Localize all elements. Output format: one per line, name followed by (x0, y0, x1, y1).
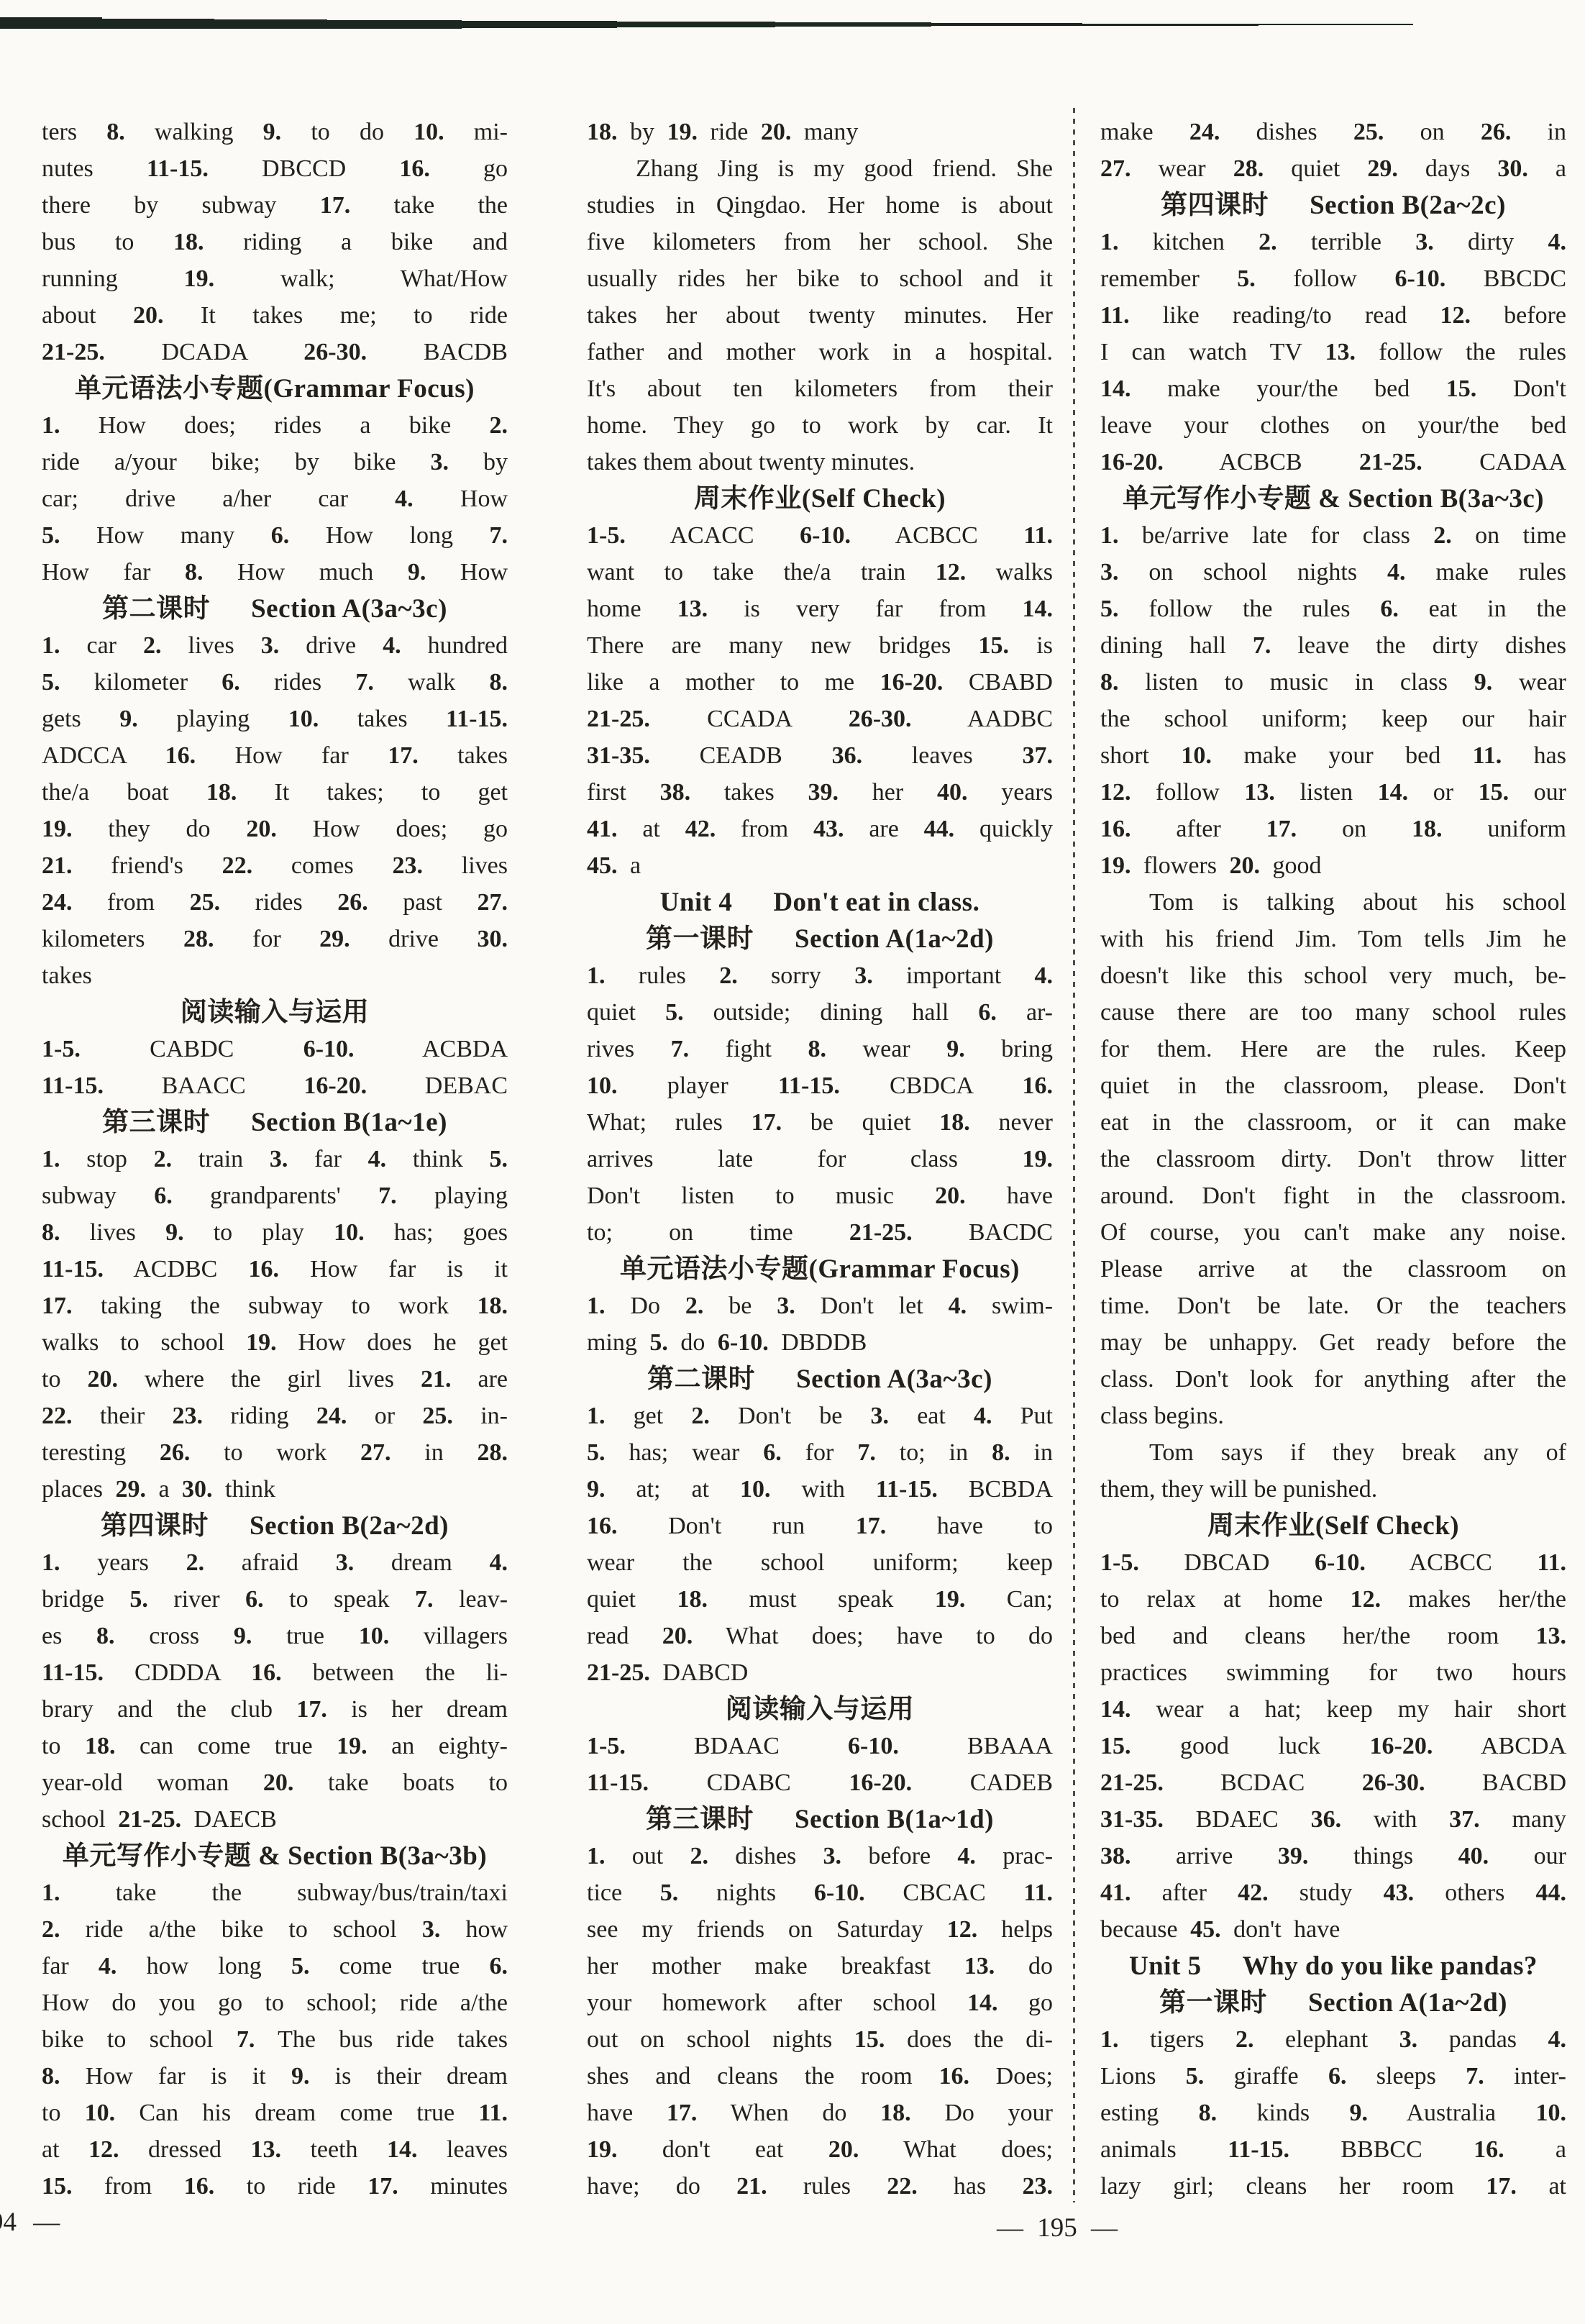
text-line: cause there are too many school rules (1100, 994, 1566, 1031)
text-line: 17. taking the subway to work 18. (42, 1288, 508, 1324)
text-line: out on school nights 15. does the di- (587, 2021, 1053, 2058)
page-number-left: 94 — (0, 2207, 60, 2238)
text-line: Of course, you can't make any noise. (1100, 1214, 1566, 1251)
scan-bar-segment (327, 20, 462, 29)
text-line: 19. flowers 20. good (1100, 847, 1566, 884)
text-line: Don't listen to music 20. have (587, 1177, 1053, 1214)
scan-bar-segment (617, 22, 775, 27)
section-heading: 第二课时 Section A(3a~3c) (587, 1361, 1053, 1398)
section-heading: 阅读输入与运用 (42, 994, 508, 1031)
text-line: wear the school uniform; keep (587, 1544, 1053, 1581)
text-line: 8. listen to music in class 9. wear (1100, 664, 1566, 701)
text-line: What; rules 17. be quiet 18. never (587, 1104, 1053, 1141)
text-line: there by subway 17. take the (42, 187, 508, 224)
section-heading: 第一课时 Section A(1a~2d) (1100, 1984, 1566, 2021)
text-line: around. Don't fight in the classroom. (1100, 1177, 1566, 1214)
text-line: Tom is talking about his school (1100, 884, 1566, 921)
text-line: far 4. how long 5. come true 6. (42, 1948, 508, 1984)
section-heading: 阅读输入与运用 (587, 1691, 1053, 1728)
answer-column-left: ters 8. walking 9. to do 10. mi-nutes 11… (42, 114, 508, 2205)
text-line: like a mother to me 16-20. CBABD (587, 664, 1053, 701)
text-line: 5. follow the rules 6. eat in the (1100, 591, 1566, 627)
text-line: takes (42, 957, 508, 994)
text-line: with his friend Jim. Tom tells Jim he (1100, 921, 1566, 957)
text-line: 16. after 17. on 18. uniform (1100, 811, 1566, 847)
text-line: may be unhappy. Get ready before the (1100, 1324, 1566, 1361)
section-heading: 第三课时 Section B(1a~1d) (587, 1801, 1053, 1838)
text-line: 2. ride a/the bike to school 3. how (42, 1911, 508, 1948)
text-line: takes them about twenty minutes. (587, 444, 1053, 480)
text-line: 5. How many 6. How long 7. (42, 517, 508, 554)
text-line: 1. tigers 2. elephant 3. pandas 4. (1100, 2021, 1566, 2058)
text-line: arrives late for class 19. (587, 1141, 1053, 1177)
text-line: your homework after school 14. go (587, 1984, 1053, 2021)
section-heading: 单元写作小专题 & Section B(3a~3b) (42, 1838, 508, 1874)
text-line: quiet 18. must speak 19. Can; (587, 1581, 1053, 1618)
text-line: 14. make your/the bed 15. Don't (1100, 370, 1566, 407)
scan-bar-segment (214, 19, 327, 29)
text-line: running 19. walk; What/How (42, 260, 508, 297)
text-line: 21-25. DCADA 26-30. BACDB (42, 334, 508, 370)
text-line: to; on time 21-25. BACDC (587, 1214, 1053, 1251)
text-line: 16. Don't run 17. have to (587, 1508, 1053, 1544)
text-line: bridge 5. river 6. to speak 7. leav- (42, 1581, 508, 1618)
text-line: home. They go to work by car. It (587, 407, 1053, 444)
text-line: year-old woman 20. take boats to (42, 1764, 508, 1801)
text-line: have; do 21. rules 22. has 23. (587, 2168, 1053, 2205)
scan-bar-segment (1259, 24, 1413, 25)
section-heading: 周末作业(Self Check) (587, 480, 1053, 517)
text-line: teresting 26. to work 27. in 28. (42, 1434, 508, 1471)
text-line: her mother make breakfast 13. do (587, 1948, 1053, 1984)
text-line: Zhang Jing is my good friend. She (587, 150, 1053, 187)
section-heading: 单元语法小专题(Grammar Focus) (42, 370, 508, 407)
text-line: walks to school 19. How does he get (42, 1324, 508, 1361)
text-line: leave your clothes on your/the bed (1100, 407, 1566, 444)
text-line: 1-5. BDAAC 6-10. BBAAA (587, 1728, 1053, 1764)
text-line: 1-5. ACACC 6-10. ACBCC 11. (587, 517, 1053, 554)
text-line: ride a/your bike; by bike 3. by (42, 444, 508, 480)
text-line: at 12. dressed 13. teeth 14. leaves (42, 2131, 508, 2168)
scan-bar-segment (462, 21, 617, 28)
text-line: the/a boat 18. It takes; to get (42, 774, 508, 811)
text-line: 1. stop 2. train 3. far 4. think 5. (42, 1141, 508, 1177)
section-heading: 第二课时 Section A(3a~3c) (42, 591, 508, 627)
text-line: have 17. When do 18. Do your (587, 2095, 1053, 2131)
scan-bar-segment (931, 23, 1082, 26)
text-line: to 20. where the girl lives 21. are (42, 1361, 508, 1398)
text-line: ADCCA 16. How far 17. takes (42, 737, 508, 774)
text-line: 1. out 2. dishes 3. before 4. prac- (587, 1838, 1053, 1874)
section-heading: 第三课时 Section B(1a~1e) (42, 1104, 508, 1141)
text-line: bike to school 7. The bus ride takes (42, 2021, 508, 2058)
text-line: tice 5. nights 6-10. CBCAC 11. (587, 1874, 1053, 1911)
text-line: 1. How does; rides a bike 2. (42, 407, 508, 444)
text-line: 1. take the subway/bus/train/taxi (42, 1874, 508, 1911)
text-line: kilometers 28. for 29. drive 30. (42, 921, 508, 957)
answer-column-middle: 18. by 19. ride 20. manyZhang Jing is my… (587, 114, 1053, 2205)
text-line: How do you go to school; ride a/the (42, 1984, 508, 2021)
text-line: father and mother work in a hospital. (587, 334, 1053, 370)
text-line: 5. kilometer 6. rides 7. walk 8. (42, 664, 508, 701)
text-line: takes her about twenty minutes. Her (587, 297, 1053, 334)
text-line: quiet 5. outside; dining hall 6. ar- (587, 994, 1053, 1031)
text-line: 15. from 16. to ride 17. minutes (42, 2168, 508, 2205)
text-line: about 20. It takes me; to ride (42, 297, 508, 334)
text-line: 11-15. BAACC 16-20. DEBAC (42, 1067, 508, 1104)
text-line: 22. their 23. riding 24. or 25. in- (42, 1398, 508, 1434)
text-line: es 8. cross 9. true 10. villagers (42, 1618, 508, 1654)
text-line: school 21-25. DAECB (42, 1801, 508, 1838)
text-line: How far 8. How much 9. How (42, 554, 508, 591)
text-line: practices swimming for two hours (1100, 1654, 1566, 1691)
text-line: 8. How far is it 9. is their dream (42, 2058, 508, 2095)
text-line: Tom says if they break any of (1100, 1434, 1566, 1471)
text-line: 15. good luck 16-20. ABCDA (1100, 1728, 1566, 1764)
text-line: five kilometers from her school. She (587, 224, 1053, 260)
text-line: animals 11-15. BBBCC 16. a (1100, 2131, 1566, 2168)
text-line: places 29. a 30. think (42, 1471, 508, 1508)
text-line: I can watch TV 13. follow the rules (1100, 334, 1566, 370)
text-line: because 45. don't have (1100, 1911, 1566, 1948)
text-line: 18. by 19. ride 20. many (587, 114, 1053, 150)
scan-bar-segment (775, 22, 931, 27)
text-line: doesn't like this school very much, be- (1100, 957, 1566, 994)
text-line: 31-35. BDAEC 36. with 37. many (1100, 1801, 1566, 1838)
text-line: lazy girl; cleans her room 17. at (1100, 2168, 1566, 2205)
scan-bar-segment (1082, 24, 1259, 26)
section-heading: Unit 5 Why do you like pandas? (1100, 1948, 1566, 1984)
text-line: 21. friend's 22. comes 23. lives (42, 847, 508, 884)
text-line: the classroom dirty. Don't throw litter (1100, 1141, 1566, 1177)
text-line: studies in Qingdao. Her home is about (587, 187, 1053, 224)
text-line: 1-5. CABDC 6-10. ACBDA (42, 1031, 508, 1067)
text-line: 11-15. CDDDA 16. between the li- (42, 1654, 508, 1691)
text-line: 31-35. CEADB 36. leaves 37. (587, 737, 1053, 774)
text-line: subway 6. grandparents' 7. playing (42, 1177, 508, 1214)
section-heading: Unit 4 Don't eat in class. (587, 884, 1053, 921)
text-line: 1. car 2. lives 3. drive 4. hundred (42, 627, 508, 664)
text-line: class. Don't look for anything after the (1100, 1361, 1566, 1398)
text-line: 1. years 2. afraid 3. dream 4. (42, 1544, 508, 1581)
text-line: dining hall 7. leave the dirty dishes (1100, 627, 1566, 664)
text-line: 1. be/arrive late for class 2. on time (1100, 517, 1566, 554)
text-line: 5. has; wear 6. for 7. to; in 8. in (587, 1434, 1053, 1471)
text-line: 11-15. ACDBC 16. How far is it (42, 1251, 508, 1288)
text-line: 11-15. CDABC 16-20. CADEB (587, 1764, 1053, 1801)
scan-bar-segment (102, 19, 214, 29)
text-line: 19. don't eat 20. What does; (587, 2131, 1053, 2168)
text-line: first 38. takes 39. her 40. years (587, 774, 1053, 811)
text-line: brary and the club 17. is her dream (42, 1691, 508, 1728)
text-line: Lions 5. giraffe 6. sleeps 7. inter- (1100, 2058, 1566, 2095)
text-line: remember 5. follow 6-10. BBCDC (1100, 260, 1566, 297)
text-line: see my friends on Saturday 12. helps (587, 1911, 1053, 1948)
text-line: 27. wear 28. quiet 29. days 30. a (1100, 150, 1566, 187)
text-line: 19. they do 20. How does; go (42, 811, 508, 847)
text-line: 1. Do 2. be 3. Don't let 4. swim- (587, 1288, 1053, 1324)
section-heading: 周末作业(Self Check) (1100, 1508, 1566, 1544)
text-line: 3. on school nights 4. make rules (1100, 554, 1566, 591)
text-line: the school uniform; keep our hair (1100, 701, 1566, 737)
text-line: usually rides her bike to school and it (587, 260, 1053, 297)
text-line: eat in the classroom, or it can make (1100, 1104, 1566, 1141)
text-line: 8. lives 9. to play 10. has; goes (42, 1214, 508, 1251)
text-line: 21-25. DABCD (587, 1654, 1053, 1691)
section-heading: 第四课时 Section B(2a~2c) (1100, 187, 1566, 224)
section-heading: 第四课时 Section B(2a~2d) (42, 1508, 508, 1544)
text-line: nutes 11-15. DBCCD 16. go (42, 150, 508, 187)
text-line: to 10. Can his dream come true 11. (42, 2095, 508, 2131)
text-line: 1. rules 2. sorry 3. important 4. (587, 957, 1053, 994)
text-line: 16-20. ACBCB 21-25. CADAA (1100, 444, 1566, 480)
text-line: 38. arrive 39. things 40. our (1100, 1838, 1566, 1874)
text-line: 9. at; at 10. with 11-15. BCBDA (587, 1471, 1053, 1508)
text-line: for them. Here are the rules. Keep (1100, 1031, 1566, 1067)
text-line: 14. wear a hat; keep my hair short (1100, 1691, 1566, 1728)
text-line: shes and cleans the room 16. Does; (587, 2058, 1053, 2095)
text-line: bus to 18. riding a bike and (42, 224, 508, 260)
answer-column-right: make 24. dishes 25. on 26. in27. wear 28… (1100, 114, 1566, 2205)
text-line: to 18. can come true 19. an eighty- (42, 1728, 508, 1764)
text-line: ters 8. walking 9. to do 10. mi- (42, 114, 508, 150)
text-line: rives 7. fight 8. wear 9. bring (587, 1031, 1053, 1067)
scan-bar-segment (0, 17, 102, 29)
text-line: to relax at home 12. makes her/the (1100, 1581, 1566, 1618)
text-line: 10. player 11-15. CBDCA 16. (587, 1067, 1053, 1104)
text-line: time. Don't be late. Or the teachers (1100, 1288, 1566, 1324)
text-line: 12. follow 13. listen 14. or 15. our (1100, 774, 1566, 811)
text-line: 41. after 42. study 43. others 44. (1100, 1874, 1566, 1911)
text-line: 41. at 42. from 43. are 44. quickly (587, 811, 1053, 847)
text-line: ming 5. do 6-10. DBDDB (587, 1324, 1053, 1361)
text-line: them, they will be punished. (1100, 1471, 1566, 1508)
text-line: make 24. dishes 25. on 26. in (1100, 114, 1566, 150)
text-line: 11. like reading/to read 12. before (1100, 297, 1566, 334)
text-line: 21-25. CCADA 26-30. AADBC (587, 701, 1053, 737)
text-line: There are many new bridges 15. is (587, 627, 1053, 664)
section-heading: 单元写作小专题 & Section B(3a~3c) (1100, 480, 1566, 517)
section-heading: 单元语法小专题(Grammar Focus) (587, 1251, 1053, 1288)
text-line: home 13. is very far from 14. (587, 591, 1053, 627)
text-line: read 20. What does; have to do (587, 1618, 1053, 1654)
text-line: car; drive a/her car 4. How (42, 480, 508, 517)
text-line: 24. from 25. rides 26. past 27. (42, 884, 508, 921)
section-heading: 第一课时 Section A(1a~2d) (587, 921, 1053, 957)
text-line: 1. kitchen 2. terrible 3. dirty 4. (1100, 224, 1566, 260)
text-line: 21-25. BCDAC 26-30. BACBD (1100, 1764, 1566, 1801)
text-line: Please arrive at the classroom on (1100, 1251, 1566, 1288)
page-number-right: — 195 — (978, 2213, 1136, 2243)
text-line: want to take the/a train 12. walks (587, 554, 1053, 591)
text-line: quiet in the classroom, please. Don't (1100, 1067, 1566, 1104)
text-line: bed and cleans her/the room 13. (1100, 1618, 1566, 1654)
text-line: 1-5. DBCAD 6-10. ACBCC 11. (1100, 1544, 1566, 1581)
text-line: It's about ten kilometers from their (587, 370, 1053, 407)
dashed-column-divider (1073, 108, 1075, 2202)
text-line: 1. get 2. Don't be 3. eat 4. Put (587, 1398, 1053, 1434)
scanned-answer-page: { "page": { "background": "#fbfaf7", "in… (0, 0, 1585, 2324)
text-line: class begins. (1100, 1398, 1566, 1434)
text-line: 45. a (587, 847, 1053, 884)
text-line: gets 9. playing 10. takes 11-15. (42, 701, 508, 737)
text-line: short 10. make your bed 11. has (1100, 737, 1566, 774)
text-line: esting 8. kinds 9. Australia 10. (1100, 2095, 1566, 2131)
